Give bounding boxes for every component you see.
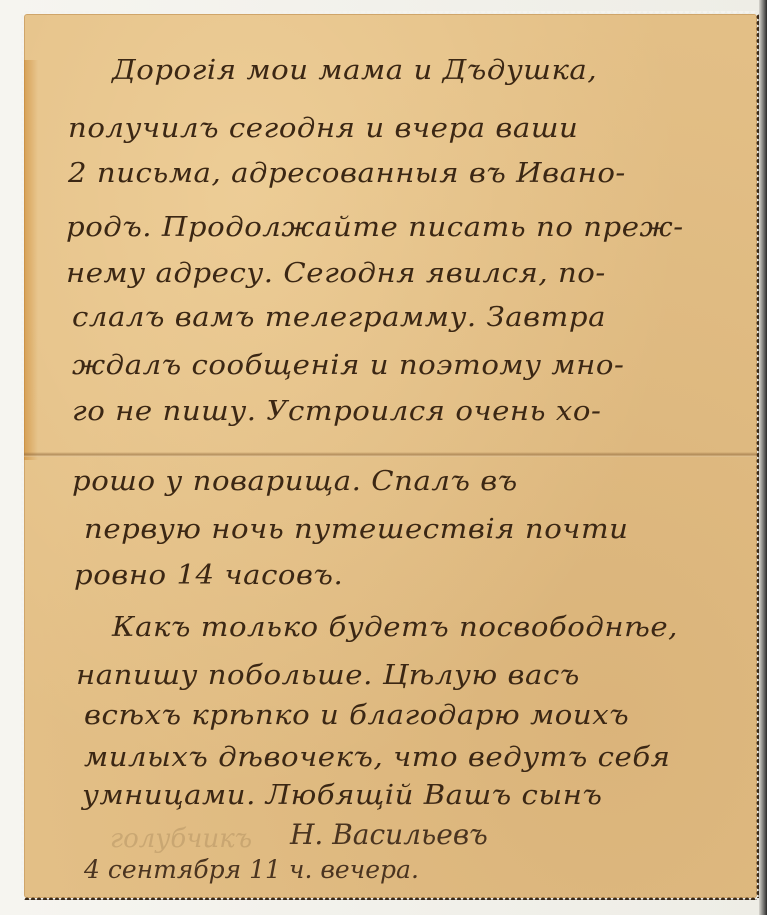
letter-line: напишу побольше. Цѣлую васъ: [76, 660, 580, 691]
letter-line: Какъ только будетъ посвободнѣе,: [112, 612, 678, 643]
letter-line: милыхъ дѣвочекъ, что ведутъ себя: [84, 742, 671, 773]
letter-line: ждалъ сообщенія и поэтому мно-: [72, 350, 624, 381]
scan-edge-shadow: [759, 0, 767, 915]
paper-stain: [24, 60, 38, 460]
date-line: 4 сентября 11 ч. вечера.: [84, 855, 419, 884]
letter-line: рошо у поварища. Спалъ въ: [72, 466, 518, 497]
letter-line: первую ночь путешествія почти: [84, 514, 628, 545]
letter-line: получилъ сегодня и вчера ваши: [68, 113, 578, 144]
letter-line: родъ. Продолжайте писать по преж-: [66, 212, 684, 243]
letter-line: Дорогія мои мама и Дъдушка,: [112, 55, 597, 86]
bleedthrough-text: голубчикъ: [110, 824, 252, 854]
letter-line: нему адресу. Сегодня явился, по-: [66, 258, 606, 289]
letter-line: всѣхъ крѣпко и благодарю моихъ: [84, 700, 629, 731]
letter-line: умницами. Любящій Вашъ сынъ: [82, 780, 602, 811]
fold-line: [24, 452, 757, 457]
letter-line: го не пишу. Устроился очень хо-: [72, 396, 601, 427]
letter-line: 2 письма, адресованныя въ Ивано-: [68, 158, 626, 189]
letter-line: слалъ вамъ телеграмму. Завтра: [72, 302, 606, 333]
signature: Н. Васильевъ: [290, 818, 488, 851]
letter-line: ровно 14 часовъ.: [74, 560, 343, 591]
